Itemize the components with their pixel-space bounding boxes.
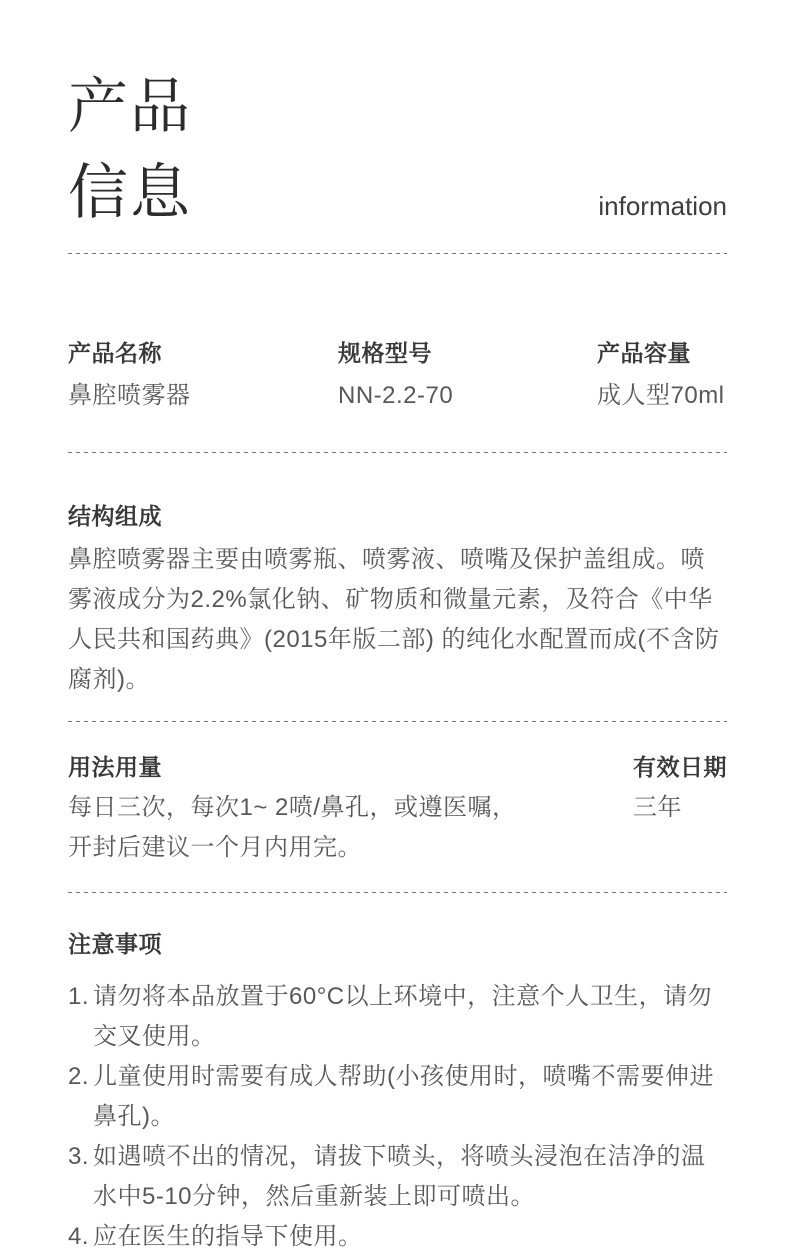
usage-section: 用法用量 每日三次，每次1~ 2喷/鼻孔，或遵医嘱， 开封后建议一个月内用完。 … xyxy=(68,752,727,868)
expiry-heading: 有效日期 xyxy=(633,752,727,782)
precautions-section: 注意事项 1. 请勿将本品放置于60°C以上环境中，注意个人卫生，请勿交叉使用。… xyxy=(68,929,727,1251)
spec-col-capacity: 产品容量 成人型70ml xyxy=(597,338,727,411)
usage-line2: 开封后建议一个月内用完。 xyxy=(68,828,517,868)
precaution-item: 3. 如遇喷不出的情况，请拔下喷头，将喷头浸泡在洁净的温水中5-10分钟，然后重… xyxy=(68,1137,727,1217)
spec-label: 规格型号 xyxy=(338,338,597,368)
page-title: 产品 信息 xyxy=(68,64,192,236)
section-divider xyxy=(68,892,727,893)
spec-col-model: 规格型号 NN-2.2-70 xyxy=(338,338,597,411)
spec-value: 鼻腔喷雾器 xyxy=(68,381,338,411)
precaution-text: 应在医生的指导下使用。 xyxy=(93,1217,727,1251)
precaution-number: 3. xyxy=(68,1137,93,1217)
usage-heading: 用法用量 xyxy=(68,752,517,782)
expiry-column: 有效日期 三年 xyxy=(633,752,727,868)
page-subtitle: information xyxy=(598,191,727,236)
spec-value: NN-2.2-70 xyxy=(338,381,597,411)
precaution-text: 如遇喷不出的情况，请拔下喷头，将喷头浸泡在洁净的温水中5-10分钟，然后重新装上… xyxy=(93,1137,727,1217)
precaution-item: 2. 儿童使用时需要有成人帮助(小孩使用时，喷嘴不需要伸进鼻孔)。 xyxy=(68,1057,727,1137)
section-divider xyxy=(68,452,727,453)
page-title-line2: 信息 xyxy=(68,150,192,236)
precaution-text: 儿童使用时需要有成人帮助(小孩使用时，喷嘴不需要伸进鼻孔)。 xyxy=(93,1057,727,1137)
precautions-heading: 注意事项 xyxy=(68,929,727,959)
spec-label: 产品名称 xyxy=(68,338,338,368)
precaution-item: 4. 应在医生的指导下使用。 xyxy=(68,1217,727,1251)
section-divider xyxy=(68,721,727,722)
precautions-list: 1. 请勿将本品放置于60°C以上环境中，注意个人卫生，请勿交叉使用。 2. 儿… xyxy=(68,977,727,1251)
usage-line1: 每日三次，每次1~ 2喷/鼻孔，或遵医嘱， xyxy=(68,788,517,828)
composition-section: 结构组成 鼻腔喷雾器主要由喷雾瓶、喷雾液、喷嘴及保护盖组成。喷雾液成分为2.2%… xyxy=(68,501,727,700)
spec-section: 产品名称 鼻腔喷雾器 规格型号 NN-2.2-70 产品容量 成人型70ml xyxy=(68,338,727,411)
precaution-item: 1. 请勿将本品放置于60°C以上环境中，注意个人卫生，请勿交叉使用。 xyxy=(68,977,727,1057)
precaution-number: 4. xyxy=(68,1217,93,1251)
precaution-number: 1. xyxy=(68,977,93,1057)
spec-label: 产品容量 xyxy=(597,338,727,368)
usage-left-column: 用法用量 每日三次，每次1~ 2喷/鼻孔，或遵医嘱， 开封后建议一个月内用完。 xyxy=(68,752,517,868)
header: 产品 信息 information xyxy=(68,0,727,236)
page-title-line1: 产品 xyxy=(68,64,192,150)
spec-value: 成人型70ml xyxy=(597,381,727,411)
composition-heading: 结构组成 xyxy=(68,501,727,531)
product-info-page: 产品 信息 information 产品名称 鼻腔喷雾器 规格型号 NN-2.2… xyxy=(0,0,790,1251)
expiry-value: 三年 xyxy=(633,788,727,828)
precaution-number: 2. xyxy=(68,1057,93,1137)
composition-body: 鼻腔喷雾器主要由喷雾瓶、喷雾液、喷嘴及保护盖组成。喷雾液成分为2.2%氯化钠、矿… xyxy=(68,540,727,700)
section-divider xyxy=(68,253,727,254)
precaution-text: 请勿将本品放置于60°C以上环境中，注意个人卫生，请勿交叉使用。 xyxy=(93,977,727,1057)
spec-col-product-name: 产品名称 鼻腔喷雾器 xyxy=(68,338,338,411)
